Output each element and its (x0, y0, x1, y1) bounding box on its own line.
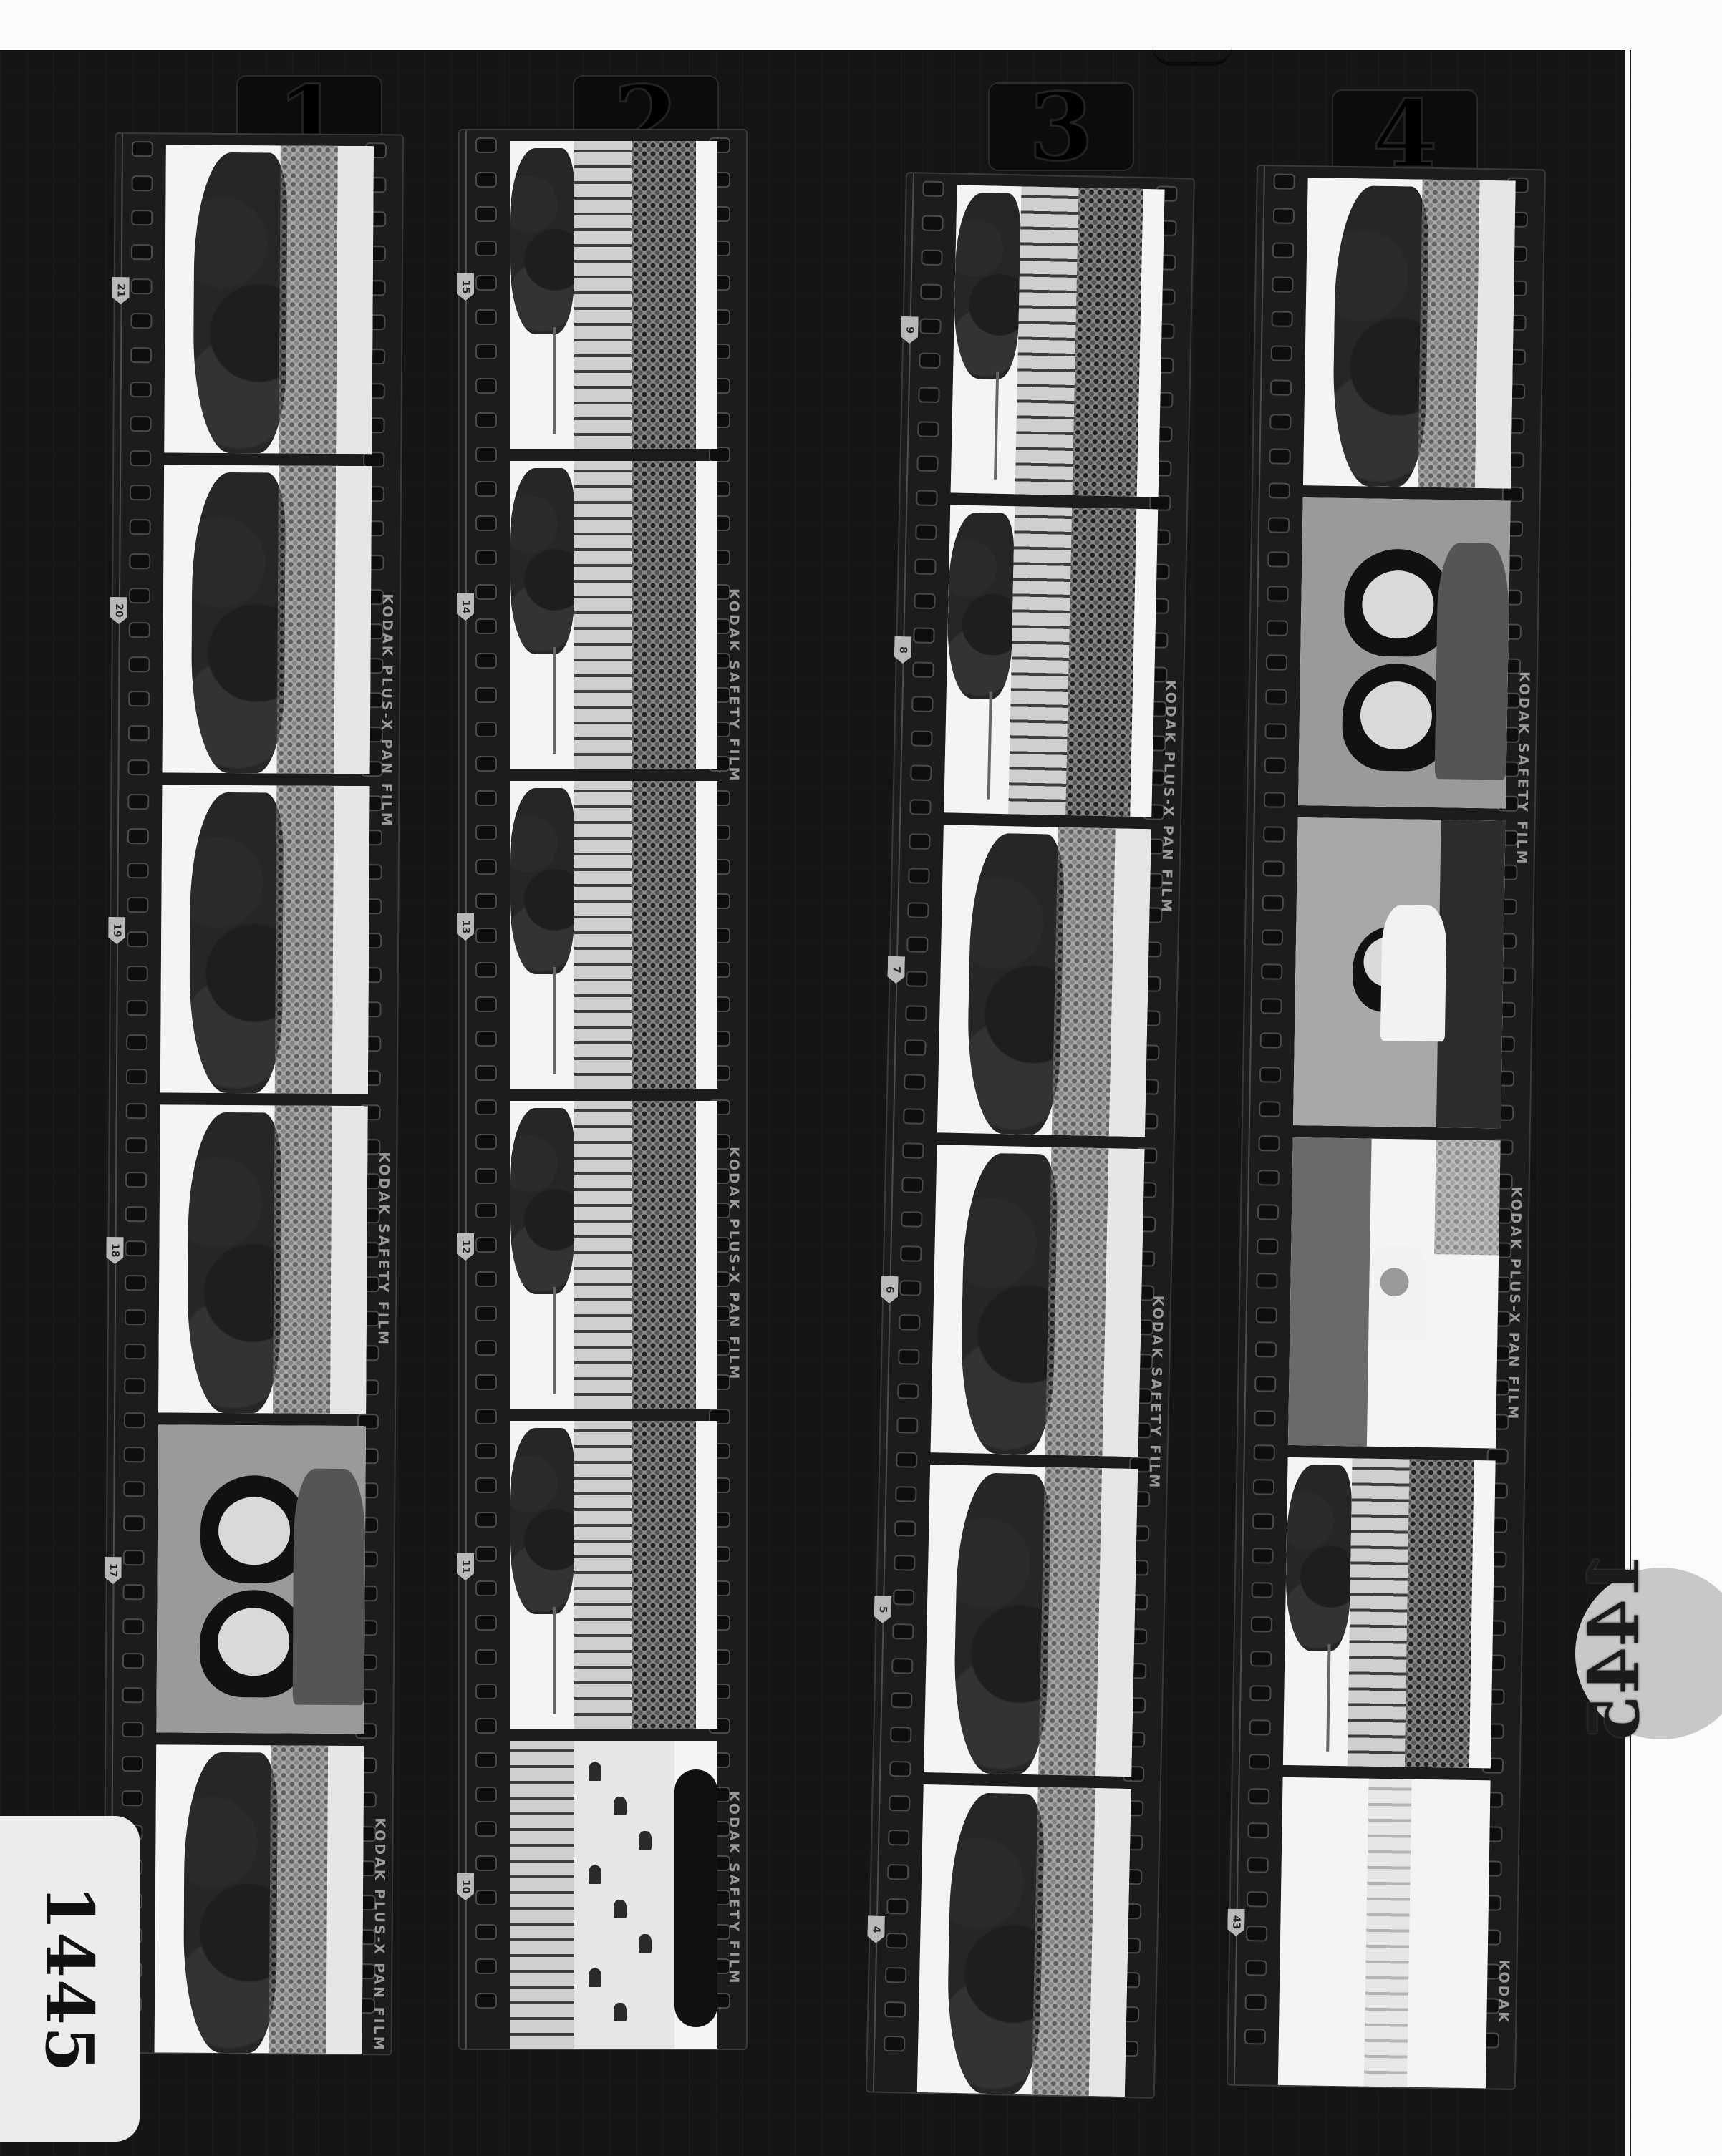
film-edge-text: KODAK (1495, 1960, 1511, 2025)
strip-label-4: 4 (1332, 89, 1478, 178)
scanner-top-margin (0, 0, 1722, 52)
film-edge-text: KODAK PLUS-X PAN FILM (378, 593, 395, 828)
frame-number: 15 (457, 273, 474, 301)
film-edge-text: KODAK SAFETY FILM (375, 1152, 392, 1346)
film-strip-3: 987654KODAK PLUS-X PAN FILMKODAK SAFETY … (866, 172, 1195, 2099)
photo-frame (160, 785, 370, 1094)
frame-number: 4 (867, 1915, 885, 1943)
film-edge-text: KODAK PLUS-X PAN FILM (1504, 1187, 1524, 1422)
photo-frame (951, 185, 1165, 497)
photo-frame (1283, 1457, 1496, 1769)
photo-frame (510, 1101, 717, 1409)
frame-number: 7 (887, 956, 905, 984)
sprocket-holes (475, 137, 497, 2041)
film-strip-1: 212019181716KODAK PLUS-X PAN FILMKODAK S… (103, 132, 404, 2055)
film-strip-4: 43KODAK SAFETY FILMKODAK PLUS-X PAN FILM… (1227, 165, 1546, 2090)
film-edge-text: KODAK SAFETY FILM (1146, 1295, 1166, 1490)
photo-frame (917, 1784, 1131, 2097)
frame-number: 13 (457, 913, 474, 941)
film-edge-text: KODAK SAFETY FILM (726, 1791, 742, 1986)
frame-number: 8 (894, 636, 912, 664)
frame-number: 20 (110, 597, 127, 624)
photo-frame (156, 1424, 366, 1734)
photo-frame (1303, 178, 1516, 489)
frame-number: 21 (112, 277, 130, 304)
frame-number: 6 (881, 1276, 899, 1303)
photo-frame (510, 1421, 717, 1729)
strip-label-3: 3 (988, 82, 1134, 171)
photo-frame (510, 141, 717, 449)
right-margin (1631, 0, 1722, 2156)
photo-frame (510, 1741, 717, 2049)
photo-frame (924, 1465, 1138, 1777)
photo-frame (158, 1104, 368, 1414)
film-edge-text: KODAK SAFETY FILM (1514, 671, 1532, 866)
margin-sheet-number: 1445 (1561, 1532, 1668, 1761)
film-edge-text: KODAK SAFETY FILM (726, 588, 742, 783)
pen-mark (1153, 47, 1232, 66)
frame-number: 5 (874, 1596, 892, 1623)
sheet-number-label: 1445 (0, 1816, 140, 2142)
film-strip-2: 151413121110KODAK SAFETY FILMKODAK PLUS-… (458, 129, 748, 2050)
photo-frame (164, 145, 374, 454)
frame-number: 43 (1227, 1909, 1245, 1936)
frame-number: 12 (457, 1233, 474, 1261)
frame-number: 17 (105, 1557, 122, 1584)
film-edge-text: KODAK PLUS-X PAN FILM (726, 1147, 742, 1381)
photo-frame (1293, 817, 1506, 1129)
frame-number: 18 (106, 1237, 123, 1264)
sprocket-holes (120, 141, 153, 2045)
photo-frame (937, 825, 1151, 1137)
photo-frame (510, 461, 717, 769)
photo-frame (510, 781, 717, 1089)
film-edge-text: KODAK PLUS-X PAN FILM (371, 1817, 388, 2052)
frame-number: 19 (108, 917, 125, 944)
photo-frame (931, 1145, 1145, 1457)
frame-number: 14 (457, 593, 474, 621)
photo-frame (944, 505, 1158, 817)
photo-frame (155, 1744, 364, 2054)
frame-number: 10 (457, 1873, 474, 1900)
photo-frame (1298, 497, 1511, 809)
photo-frame (1278, 1777, 1491, 2089)
photo-frame (1288, 1137, 1501, 1449)
frame-number: 11 (457, 1553, 474, 1580)
sheet-edge-line (1625, 50, 1630, 2156)
edge-rule (465, 130, 467, 2049)
photo-frame (163, 465, 372, 774)
frame-number: 9 (901, 316, 919, 344)
